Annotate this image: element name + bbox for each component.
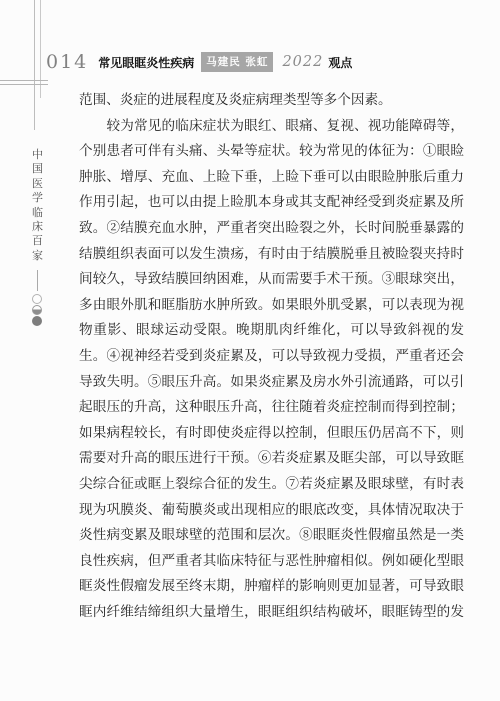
book-page: 014 常见眼眶炎性疾病 马建民 张虹 2022 观点 中国医学临床百家 范围、…: [0, 0, 500, 701]
series-title-vertical: 中国医学临床百家: [31, 149, 44, 261]
text-line: 导致失明。⑤眼压升高。如果炎症累及房水外引流通路，可以引: [79, 370, 464, 396]
text-line: 多由眼外肌和眶脂肪水肿所致。如果眼外肌受累，可以表现为视: [79, 293, 464, 319]
text-line: 物重影、眼球运动受限。晚期肌肉纤维化，可以导致斜视的发: [79, 318, 464, 344]
text-line: 结膜组织表面可以发生溃疡，有时由于结膜脱垂且被睑裂夹持时: [79, 242, 464, 268]
text-line: 范围、炎症的进展程度及炎症病理类型等多个因素。: [79, 88, 464, 114]
text-line: 肿胀、增厚、充血、上睑下垂，上睑下垂可以由眼睑肿胀后重力: [79, 165, 464, 191]
text-line: 良性疾病，但严重者其临床特征与恶性肿瘤相似。例如硬化型眼: [79, 549, 464, 575]
page-number: 014: [46, 50, 88, 74]
viewpoint-label: 观点: [328, 54, 352, 71]
corner-rule-horizontal-bottom: [0, 84, 48, 85]
text-line: 如果病程较长，有时即使炎症得以控制，但眼压仍居高不下，则: [79, 421, 464, 447]
text-line: 个别患者可伴有头痛、头晕等症状。较为常见的体征为：①眼睑: [79, 139, 464, 165]
text-line: 现为巩膜炎、葡萄膜炎或出现相应的眼底改变，具体情况取决于: [79, 498, 464, 524]
body-text: 范围、炎症的进展程度及炎症病理类型等多个因素。 较为常见的临床症状为眼红、眼痛、…: [79, 88, 464, 625]
series-title-char: 家: [32, 250, 43, 261]
circle-outline-icon: [32, 294, 42, 304]
authors-badge: 马建民 张虹: [201, 52, 273, 72]
text-line: 较为常见的临床症状为眼红、眼痛、复视、视功能障碍等，: [79, 114, 464, 140]
series-title-char: 中: [32, 149, 43, 160]
text-line: 生。④视神经若受到炎症累及，可以导致视力受损，严重者还会: [79, 344, 464, 370]
corner-rule-vertical-outer: [34, 0, 35, 130]
page-header: 014 常见眼眶炎性疾病 马建民 张虹 2022 观点: [46, 50, 352, 74]
text-line: 间较久，导致结膜回纳困难，从而需要手术干预。③眼球突出，: [79, 267, 464, 293]
circle-filled-icon: [32, 316, 42, 326]
text-line: 眶炎性假瘤发展至终末期，肿瘤样的影响则更加显著，可导致眼: [79, 574, 464, 600]
series-title-char: 床: [32, 221, 43, 232]
text-line: 炎性病变累及眼球壁的范围和层次。⑧眼眶炎性假瘤虽然是一类: [79, 523, 464, 549]
series-title-char: 百: [32, 235, 43, 246]
text-line: 尖综合征或眶上裂综合征的发生。⑦若炎症累及眼球壁，有时表: [79, 472, 464, 498]
text-line: 需要对升高的眼压进行干预。⑥若炎症累及眶尖部，可以导致眶: [79, 446, 464, 472]
series-title-char: 学: [32, 192, 43, 203]
text-line: 致。②结膜充血水肿，严重者突出睑裂之外，长时间脱垂暴露的: [79, 216, 464, 242]
sidebar-rule: [37, 270, 38, 291]
text-line: 眶内纤维结缔组织大量增生，眼眶组织结构破坏，眼眶铸型的发: [79, 600, 464, 626]
edition-year: 2022: [282, 54, 323, 70]
text-line: 起眼压的升高，这种眼压升高，往往随着炎症控制而得到控制；: [79, 395, 464, 421]
series-title-char: 临: [32, 207, 43, 218]
series-title-char: 国: [32, 163, 43, 174]
book-title: 常见眼眶炎性疾病: [98, 54, 194, 71]
corner-rule-horizontal-top: [0, 80, 48, 81]
series-title-char: 医: [32, 178, 43, 189]
text-line: 作用引起，也可以由提上睑肌本身或其支配神经受到炎症累及所: [79, 190, 464, 216]
circle-half-icon: [32, 305, 42, 315]
